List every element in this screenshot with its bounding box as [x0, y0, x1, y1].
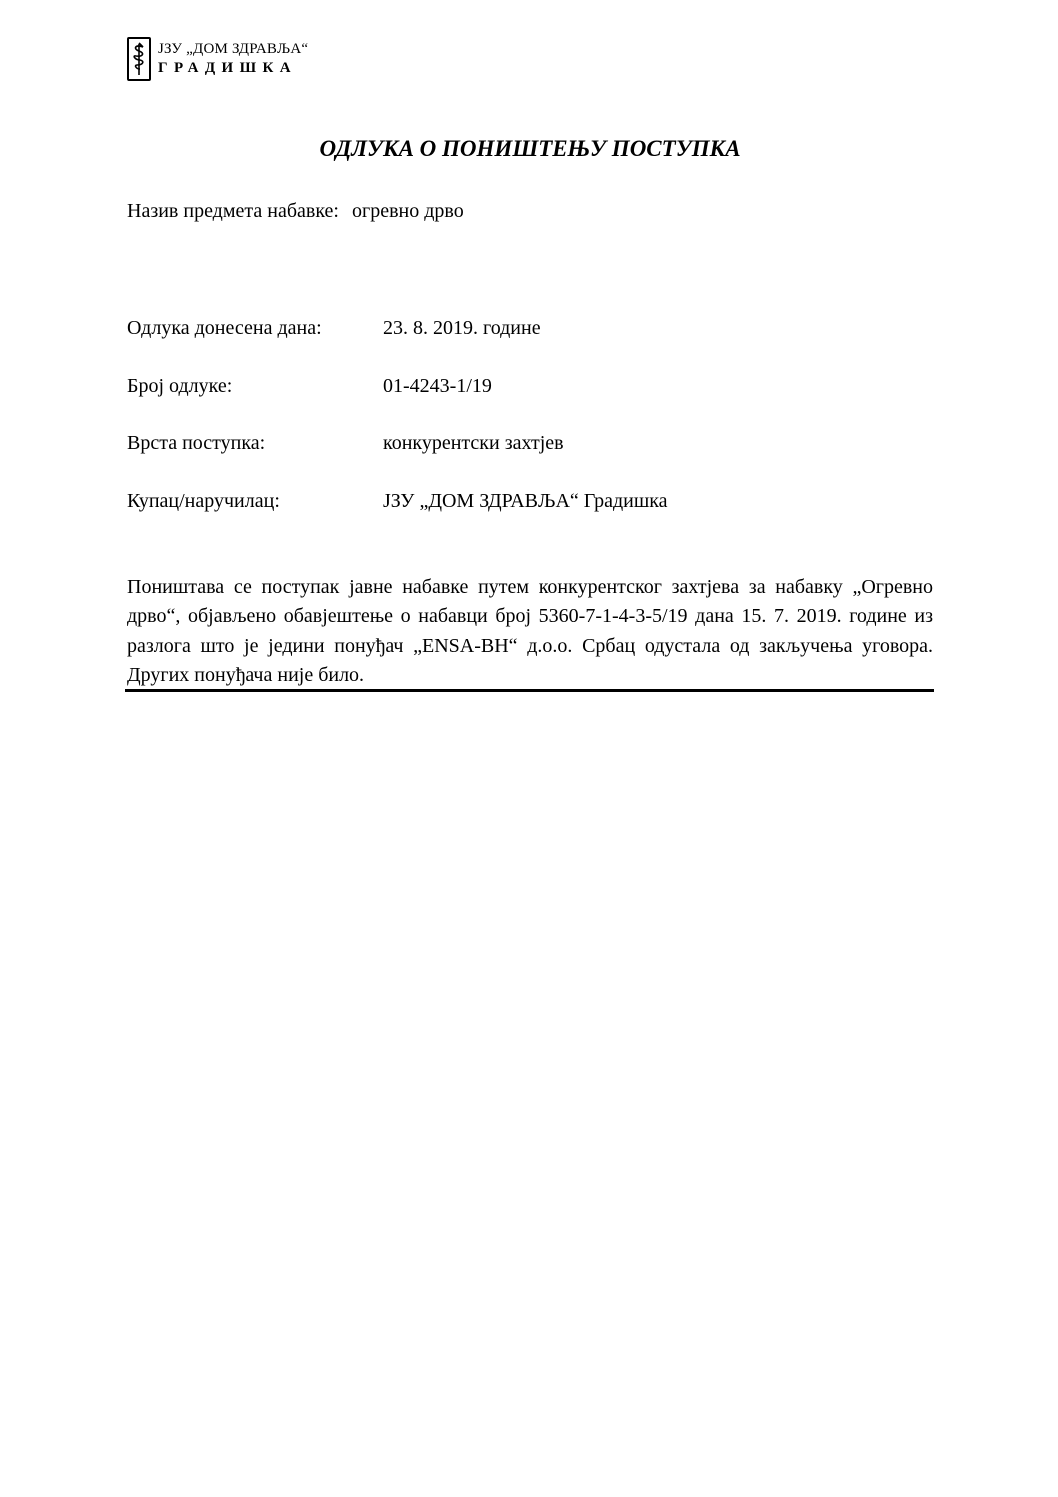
organization-city: ГРАДИШКА [158, 59, 308, 78]
document-title: ОДЛУКА О ПОНИШТЕЊУ ПОСТУПКА [0, 136, 1058, 162]
horizontal-divider [125, 689, 934, 692]
field-value: 23. 8. 2019. године [383, 317, 541, 340]
field-label: Број одлуке: [127, 375, 232, 398]
organization-name: ЈЗУ „ДОМ ЗДРАВЉА“ ГРАДИШКА [158, 40, 308, 78]
procurement-subject-value: огревно дрво [352, 200, 464, 222]
organization-logo: ЈЗУ „ДОМ ЗДРАВЉА“ ГРАДИШКА [127, 37, 308, 81]
field-value: 01-4243-1/19 [383, 375, 492, 398]
procurement-subject-label: Назив предмета набавке: [127, 200, 339, 222]
field-label: Врста поступка: [127, 432, 265, 455]
decision-body-text: Поништава се поступак јавне набавке путе… [127, 573, 933, 690]
field-value: конкурентски захтјев [383, 432, 564, 455]
field-label: Одлука донесена дана: [127, 317, 322, 340]
caduceus-icon [127, 37, 151, 81]
field-label: Купац/наручилац: [127, 490, 280, 513]
organization-name-line1: ЈЗУ „ДОМ ЗДРАВЉА“ [158, 40, 308, 59]
procurement-subject: Назив предмета набавке: огревно дрво [127, 200, 464, 223]
document-title-text: ОДЛУКА О ПОНИШТЕЊУ ПОСТУПКА [319, 136, 740, 162]
field-value: ЈЗУ „ДОМ ЗДРАВЉА“ Градишка [383, 490, 668, 513]
